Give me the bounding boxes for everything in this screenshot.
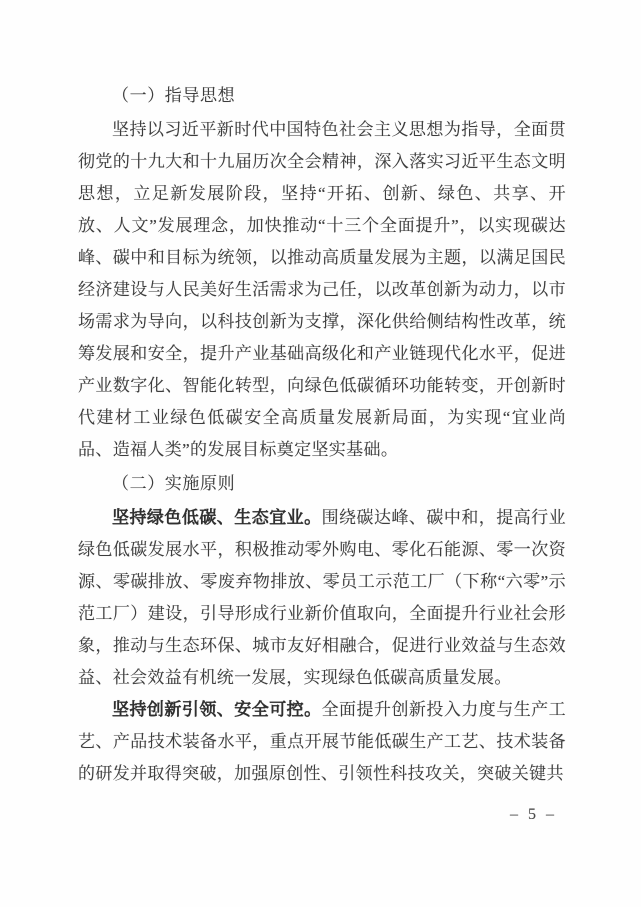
paragraph-innovation-safety: 坚持创新引领、安全可控。全面提升创新投入力度与生产工艺、产品技术装备水平，重点开…: [78, 694, 566, 790]
section-heading-implementation-principles: （二）实施原则: [78, 468, 566, 500]
scanned-document-page: （一）指导思想 坚持以习近平新时代中国特色社会主义思想为指导，全面贯彻党的十九大…: [0, 0, 641, 907]
paragraph-guiding-ideology: 坚持以习近平新时代中国特色社会主义思想为指导，全面贯彻党的十九大和十九届历次全会…: [78, 114, 566, 466]
paragraph-green-lowcarbon-body: 围绕碳达峰、碳中和，提高行业绿色低碳发展水平，积极推动零外购电、零化石能源、零一…: [78, 508, 566, 687]
paragraph-green-lowcarbon-lead: 坚持绿色低碳、生态宜业。: [112, 508, 322, 527]
section-heading-guiding-ideology: （一）指导思想: [78, 80, 566, 112]
paragraph-innovation-safety-lead: 坚持创新引领、安全可控。: [112, 700, 322, 719]
document-body: （一）指导思想 坚持以习近平新时代中国特色社会主义思想为指导，全面贯彻党的十九大…: [78, 78, 566, 790]
paragraph-green-lowcarbon: 坚持绿色低碳、生态宜业。围绕碳达峰、碳中和，提高行业绿色低碳发展水平，积极推动零…: [78, 502, 566, 694]
page-number: – 5 –: [510, 806, 557, 824]
